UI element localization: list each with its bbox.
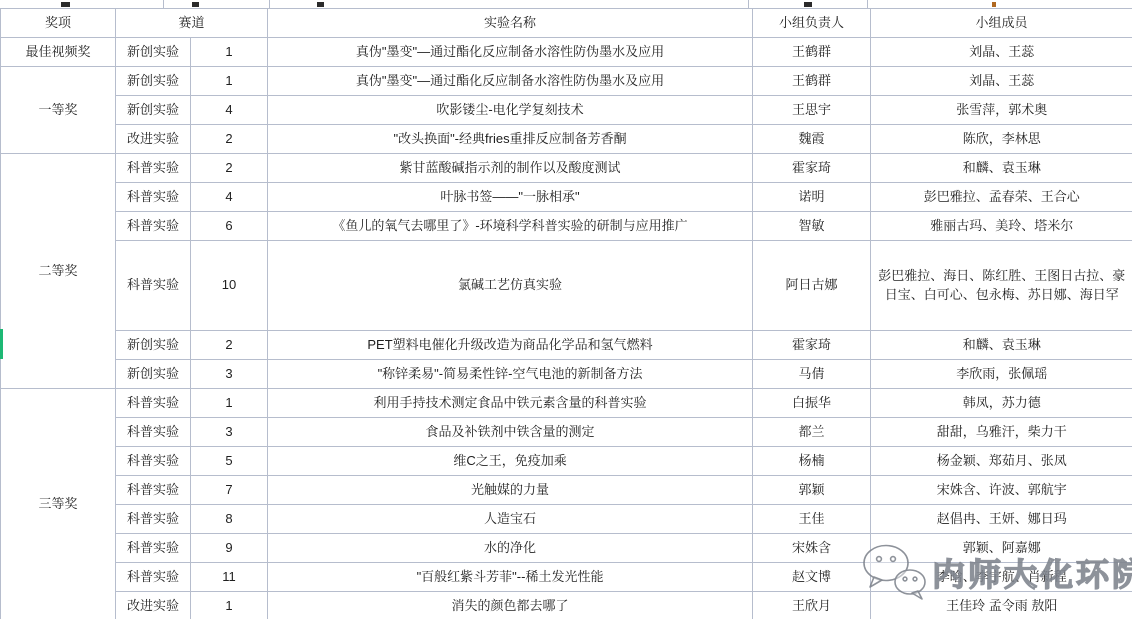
track-number-cell[interactable]: 1 — [191, 67, 268, 96]
table-row: 科普实验9水的净化宋姝含郭颖、阿嘉娜 — [1, 534, 1132, 563]
table-row: 三等奖科普实验1利用手持技术测定食品中铁元素含量的科普实验白振华韩凤，苏力德 — [1, 389, 1132, 418]
members-cell[interactable]: 王佳玲 孟令雨 敖阳 — [871, 592, 1132, 619]
header-members[interactable]: 小组成员 — [871, 9, 1132, 38]
award-cell[interactable]: 最佳视频奖 — [1, 38, 116, 67]
track-type-cell[interactable]: 科普实验 — [116, 476, 191, 505]
track-type-cell[interactable]: 改进实验 — [116, 125, 191, 154]
experiment-name-cell[interactable]: 紫甘蓝酸碱指示剂的制作以及酸度测试 — [268, 154, 753, 183]
members-cell[interactable]: 韩凤，苏力德 — [871, 389, 1132, 418]
header-award[interactable]: 奖项 — [1, 9, 116, 38]
track-number-cell[interactable]: 2 — [191, 331, 268, 360]
leader-cell[interactable]: 宋姝含 — [753, 534, 871, 563]
table-row: 新创实验4吹影镂尘-电化学复刻技术王思宇张雪萍，郭术奥 — [1, 96, 1132, 125]
border-stub — [163, 0, 164, 8]
border-stub — [867, 0, 868, 8]
track-type-cell[interactable]: 新创实验 — [116, 96, 191, 125]
experiment-name-cell[interactable]: 光触媒的力量 — [268, 476, 753, 505]
experiment-name-cell[interactable]: 《鱼儿的氧气去哪里了》-环境科学科普实验的研制与应用推广 — [268, 212, 753, 241]
track-type-cell[interactable]: 科普实验 — [116, 183, 191, 212]
table-row: 改进实验1消失的颜色都去哪了王欣月王佳玲 孟令雨 敖阳 — [1, 592, 1132, 619]
track-type-cell[interactable]: 科普实验 — [116, 389, 191, 418]
track-number-cell[interactable]: 4 — [191, 183, 268, 212]
experiment-name-cell[interactable]: 真伪"墨变"—通过酯化反应制备水溶性防伪墨水及应用 — [268, 38, 753, 67]
members-cell[interactable]: 张雪萍，郭术奥 — [871, 96, 1132, 125]
track-number-cell[interactable]: 4 — [191, 96, 268, 125]
track-type-cell[interactable]: 新创实验 — [116, 360, 191, 389]
header-track[interactable]: 赛道 — [116, 9, 268, 38]
track-number-cell[interactable]: 1 — [191, 38, 268, 67]
members-cell[interactable]: 刘晶、王蕊 — [871, 38, 1132, 67]
leader-cell[interactable]: 霍家琦 — [753, 331, 871, 360]
experiment-name-cell[interactable]: 叶脉书签——"一脉相承" — [268, 183, 753, 212]
table-row: 改进实验2"改头换面"-经典fries重排反应制备芳香酮魏霞陈欣，李林思 — [1, 125, 1132, 154]
members-cell[interactable]: 陈欣，李林思 — [871, 125, 1132, 154]
leader-cell[interactable]: 王佳 — [753, 505, 871, 534]
experiment-name-cell[interactable]: 水的净化 — [268, 534, 753, 563]
members-cell[interactable]: 和麟、袁玉琳 — [871, 331, 1132, 360]
table-row: 新创实验2PET塑料电催化升级改造为商品化学品和氢气燃料霍家琦和麟、袁玉琳 — [1, 331, 1132, 360]
track-number-cell[interactable]: 8 — [191, 505, 268, 534]
text-remnant — [804, 2, 812, 7]
experiment-name-cell[interactable]: "改头换面"-经典fries重排反应制备芳香酮 — [268, 125, 753, 154]
text-remnant — [992, 2, 996, 7]
experiment-name-cell[interactable]: 维C之王，免疫加乘 — [268, 447, 753, 476]
members-cell[interactable]: 郭颖、阿嘉娜 — [871, 534, 1132, 563]
track-number-cell[interactable]: 1 — [191, 389, 268, 418]
table-row: 最佳视频奖新创实验1真伪"墨变"—通过酯化反应制备水溶性防伪墨水及应用王鹤群刘晶… — [1, 38, 1132, 67]
track-number-cell[interactable]: 1 — [191, 592, 268, 619]
table-row: 二等奖科普实验2紫甘蓝酸碱指示剂的制作以及酸度测试霍家琦和麟、袁玉琳 — [1, 154, 1132, 183]
cropped-row-remnant — [0, 0, 1132, 8]
leader-cell[interactable]: 郭颖 — [753, 476, 871, 505]
text-remnant — [317, 2, 324, 7]
leader-cell[interactable]: 马倩 — [753, 360, 871, 389]
leader-cell[interactable]: 魏霞 — [753, 125, 871, 154]
table-row: 科普实验10氯碱工艺仿真实验阿日古娜彭巴雅拉、海日、陈红胜、王图日古拉、豪日宝、… — [1, 241, 1132, 331]
leader-cell[interactable]: 诺明 — [753, 183, 871, 212]
members-cell[interactable]: 雅丽古玛、美玲、塔米尔 — [871, 212, 1132, 241]
experiment-name-cell[interactable]: 氯碱工艺仿真实验 — [268, 241, 753, 331]
members-cell[interactable]: 李晗、李宇航、肖新程 — [871, 563, 1132, 592]
text-remnant — [192, 2, 199, 7]
members-cell[interactable]: 宋姝含、许波、郭航宇 — [871, 476, 1132, 505]
border-stub — [748, 0, 749, 8]
members-cell[interactable]: 杨金颖、郑茹月、张凤 — [871, 447, 1132, 476]
table-row: 科普实验3食品及补铁剂中铁含量的测定都兰甜甜，乌雅汗，柴力干 — [1, 418, 1132, 447]
header-experiment-name[interactable]: 实验名称 — [268, 9, 753, 38]
members-cell[interactable]: 彭巴雅拉、孟春荣、王合心 — [871, 183, 1132, 212]
leader-cell[interactable]: 赵文博 — [753, 563, 871, 592]
experiment-name-cell[interactable]: 真伪"墨变"—通过酯化反应制备水溶性防伪墨水及应用 — [268, 67, 753, 96]
award-cell[interactable]: 二等奖 — [1, 154, 116, 389]
members-cell[interactable]: 彭巴雅拉、海日、陈红胜、王图日古拉、豪日宝、白可心、包永梅、苏日娜、海日罕 — [871, 241, 1132, 331]
track-type-cell[interactable]: 科普实验 — [116, 505, 191, 534]
track-number-cell[interactable]: 2 — [191, 125, 268, 154]
members-cell[interactable]: 赵倡冉、王妍、娜日玛 — [871, 505, 1132, 534]
track-number-cell[interactable]: 3 — [191, 360, 268, 389]
track-number-cell[interactable]: 6 — [191, 212, 268, 241]
experiment-name-cell[interactable]: "称锌柔易"-简易柔性锌-空气电池的新制备方法 — [268, 360, 753, 389]
members-cell[interactable]: 和麟、袁玉琳 — [871, 154, 1132, 183]
leader-cell[interactable]: 智敏 — [753, 212, 871, 241]
table-row: 科普实验11"百般红紫斗芳菲"--稀土发光性能赵文博李晗、李宇航、肖新程 — [1, 563, 1132, 592]
leader-cell[interactable]: 王思宇 — [753, 96, 871, 125]
table-row: 科普实验6《鱼儿的氧气去哪里了》-环境科学科普实验的研制与应用推广智敏雅丽古玛、… — [1, 212, 1132, 241]
experiment-name-cell[interactable]: PET塑料电催化升级改造为商品化学品和氢气燃料 — [268, 331, 753, 360]
members-cell[interactable]: 甜甜，乌雅汗，柴力干 — [871, 418, 1132, 447]
track-number-cell[interactable]: 9 — [191, 534, 268, 563]
leader-cell[interactable]: 王鹤群 — [753, 67, 871, 96]
experiment-name-cell[interactable]: "百般红紫斗芳菲"--稀土发光性能 — [268, 563, 753, 592]
header-row: 奖项 赛道 实验名称 小组负责人 小组成员 — [1, 9, 1132, 38]
leader-cell[interactable]: 霍家琦 — [753, 154, 871, 183]
table-row: 科普实验5维C之王，免疫加乘杨楠杨金颖、郑茹月、张凤 — [1, 447, 1132, 476]
award-cell[interactable]: 一等奖 — [1, 67, 116, 154]
leader-cell[interactable]: 杨楠 — [753, 447, 871, 476]
track-number-cell[interactable]: 11 — [191, 563, 268, 592]
track-type-cell[interactable]: 新创实验 — [116, 38, 191, 67]
track-type-cell[interactable]: 科普实验 — [116, 154, 191, 183]
track-number-cell[interactable]: 3 — [191, 418, 268, 447]
spreadsheet-page: { "header": { "award": "奖项", "track": "赛… — [0, 0, 1132, 619]
track-type-cell[interactable]: 新创实验 — [116, 67, 191, 96]
header-leader[interactable]: 小组负责人 — [753, 9, 871, 38]
leader-cell[interactable]: 王鹤群 — [753, 38, 871, 67]
experiment-name-cell[interactable]: 消失的颜色都去哪了 — [268, 592, 753, 619]
table-row: 科普实验7光触媒的力量郭颖宋姝含、许波、郭航宇 — [1, 476, 1132, 505]
table-body: 最佳视频奖新创实验1真伪"墨变"—通过酯化反应制备水溶性防伪墨水及应用王鹤群刘晶… — [1, 38, 1132, 619]
award-cell[interactable]: 三等奖 — [1, 389, 116, 619]
track-type-cell[interactable]: 科普实验 — [116, 447, 191, 476]
experiment-name-cell[interactable]: 吹影镂尘-电化学复刻技术 — [268, 96, 753, 125]
experiment-name-cell[interactable]: 人造宝石 — [268, 505, 753, 534]
table-row: 科普实验4叶脉书签——"一脉相承"诺明彭巴雅拉、孟春荣、王合心 — [1, 183, 1132, 212]
leader-cell[interactable]: 阿日古娜 — [753, 241, 871, 331]
experiment-name-cell[interactable]: 利用手持技术测定食品中铁元素含量的科普实验 — [268, 389, 753, 418]
leader-cell[interactable]: 都兰 — [753, 418, 871, 447]
track-type-cell[interactable]: 新创实验 — [116, 331, 191, 360]
track-type-cell[interactable]: 科普实验 — [116, 212, 191, 241]
track-type-cell[interactable]: 科普实验 — [116, 418, 191, 447]
members-cell[interactable]: 李欣雨，张佩瑶 — [871, 360, 1132, 389]
table-row: 新创实验3"称锌柔易"-简易柔性锌-空气电池的新制备方法马倩李欣雨，张佩瑶 — [1, 360, 1132, 389]
track-type-cell[interactable]: 改进实验 — [116, 592, 191, 619]
track-type-cell[interactable]: 科普实验 — [116, 241, 191, 331]
selection-indicator — [0, 329, 3, 359]
experiment-name-cell[interactable]: 食品及补铁剂中铁含量的测定 — [268, 418, 753, 447]
track-type-cell[interactable]: 科普实验 — [116, 534, 191, 563]
leader-cell[interactable]: 白振华 — [753, 389, 871, 418]
award-table: 奖项 赛道 实验名称 小组负责人 小组成员 最佳视频奖新创实验1真伪"墨变"—通… — [0, 8, 1132, 619]
table-row: 科普实验8人造宝石王佳赵倡冉、王妍、娜日玛 — [1, 505, 1132, 534]
track-number-cell[interactable]: 10 — [191, 241, 268, 331]
track-number-cell[interactable]: 7 — [191, 476, 268, 505]
table-row: 一等奖新创实验1真伪"墨变"—通过酯化反应制备水溶性防伪墨水及应用王鹤群刘晶、王… — [1, 67, 1132, 96]
leader-cell[interactable]: 王欣月 — [753, 592, 871, 619]
members-cell[interactable]: 刘晶、王蕊 — [871, 67, 1132, 96]
track-number-cell[interactable]: 5 — [191, 447, 268, 476]
text-remnant — [61, 2, 70, 7]
track-type-cell[interactable]: 科普实验 — [116, 563, 191, 592]
track-number-cell[interactable]: 2 — [191, 154, 268, 183]
border-stub — [269, 0, 270, 8]
